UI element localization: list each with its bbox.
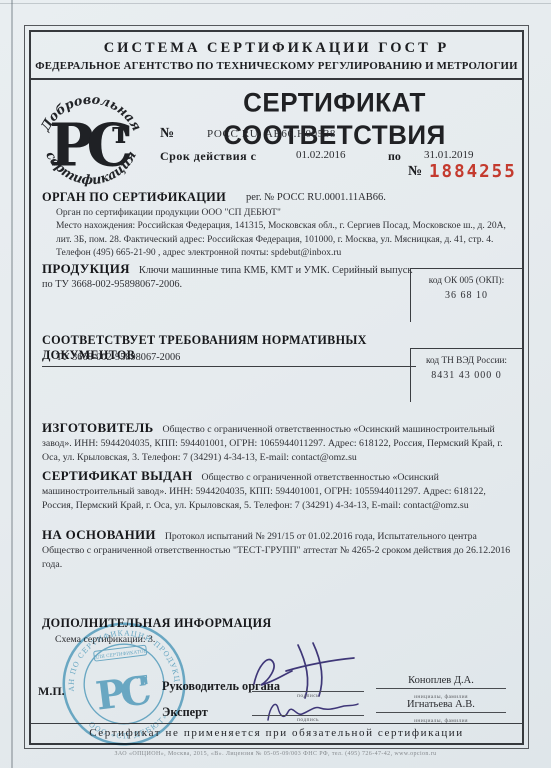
scan-edge xyxy=(0,3,551,4)
footer-note: Сертификат не применяется при обязательн… xyxy=(31,727,522,739)
rst-voluntary-logo-icon: Добровольная сертификация РС т xyxy=(34,84,148,198)
product-section: ПРОДУКЦИЯКлючи машинные типа КМБ, КМТ и … xyxy=(42,260,414,293)
tnved-code-value: 8431 43 000 0 xyxy=(411,370,522,381)
okp-code-box: код ОК 005 (ОКП): 36 68 10 xyxy=(410,268,522,322)
head-name: Коноплев Д.А. xyxy=(376,675,506,689)
blank-number: 1884255 xyxy=(429,162,517,182)
cert-no-label: № xyxy=(160,126,174,142)
header-rule xyxy=(31,78,522,80)
validity-label: Срок действия с xyxy=(160,149,257,164)
cert-number: РОСС RU. АВ66.Н00538 xyxy=(207,128,336,140)
validity-to-label: по xyxy=(388,149,401,164)
cert-body-details: Орган по сертификации продукции ООО "СП … xyxy=(56,207,508,261)
scan-edge xyxy=(11,0,13,768)
certificate-title: СЕРТИФИКАТ СООТВЕТСТВИЯ xyxy=(146,87,523,151)
manufacturer-heading: ИЗГОТОВИТЕЛЬ xyxy=(42,420,153,435)
issued-to-heading: СЕРТИФИКАТ ВЫДАН xyxy=(42,468,193,483)
issued-to-section: СЕРТИФИКАТ ВЫДАНОбщество с ограниченной … xyxy=(42,467,512,513)
okp-code-value: 36 68 10 xyxy=(411,290,522,301)
blank-no-label: № xyxy=(408,164,422,180)
basis-section: НА ОСНОВАНИИПротокол испытаний № 291/15 … xyxy=(42,526,512,572)
basis-heading: НА ОСНОВАНИИ xyxy=(42,527,156,542)
expert-signature-line xyxy=(252,715,364,716)
printer-imprint: ЗАО «ОПЦИОН», Москва, 2015, «В». Лицензи… xyxy=(0,751,551,757)
conforms-document: ТУ 3668-002-95898067-2006 xyxy=(56,352,180,363)
product-heading: ПРОДУКЦИЯ xyxy=(42,261,130,276)
tnved-code-box: код ТН ВЭД России: 8431 43 000 0 xyxy=(410,348,522,402)
expert-name: Игнатьева А.В. xyxy=(376,699,506,713)
head-signature-line xyxy=(252,691,364,692)
tnved-code-label: код ТН ВЭД России: xyxy=(411,356,522,366)
cert-body-heading: ОРГАН ПО СЕРТИФИКАЦИИ xyxy=(42,190,226,205)
footer-rule xyxy=(31,723,522,724)
validity-to: 31.01.2019 xyxy=(424,149,474,161)
agency-title: ФЕДЕРАЛЬНОЕ АГЕНТСТВО ПО ТЕХНИЧЕСКОМУ РЕ… xyxy=(31,60,522,72)
okp-code-label: код ОК 005 (ОКП): xyxy=(411,276,522,286)
certificate-page: СИСТЕМА СЕРТИФИКАЦИИ ГОСТ Р ФЕДЕРАЛЬНОЕ … xyxy=(0,0,551,768)
manufacturer-section: ИЗГОТОВИТЕЛЬОбщество с ограниченной отве… xyxy=(42,419,512,465)
system-title: СИСТЕМА СЕРТИФИКАЦИИ ГОСТ Р xyxy=(31,40,522,57)
cert-body-reg-no: рег. № РОСС RU.0001.11АВ66. xyxy=(246,192,386,203)
stamp-mark-t: т xyxy=(135,667,150,691)
validity-from: 01.02.2016 xyxy=(296,149,346,161)
logo-mark-t: т xyxy=(111,115,130,151)
